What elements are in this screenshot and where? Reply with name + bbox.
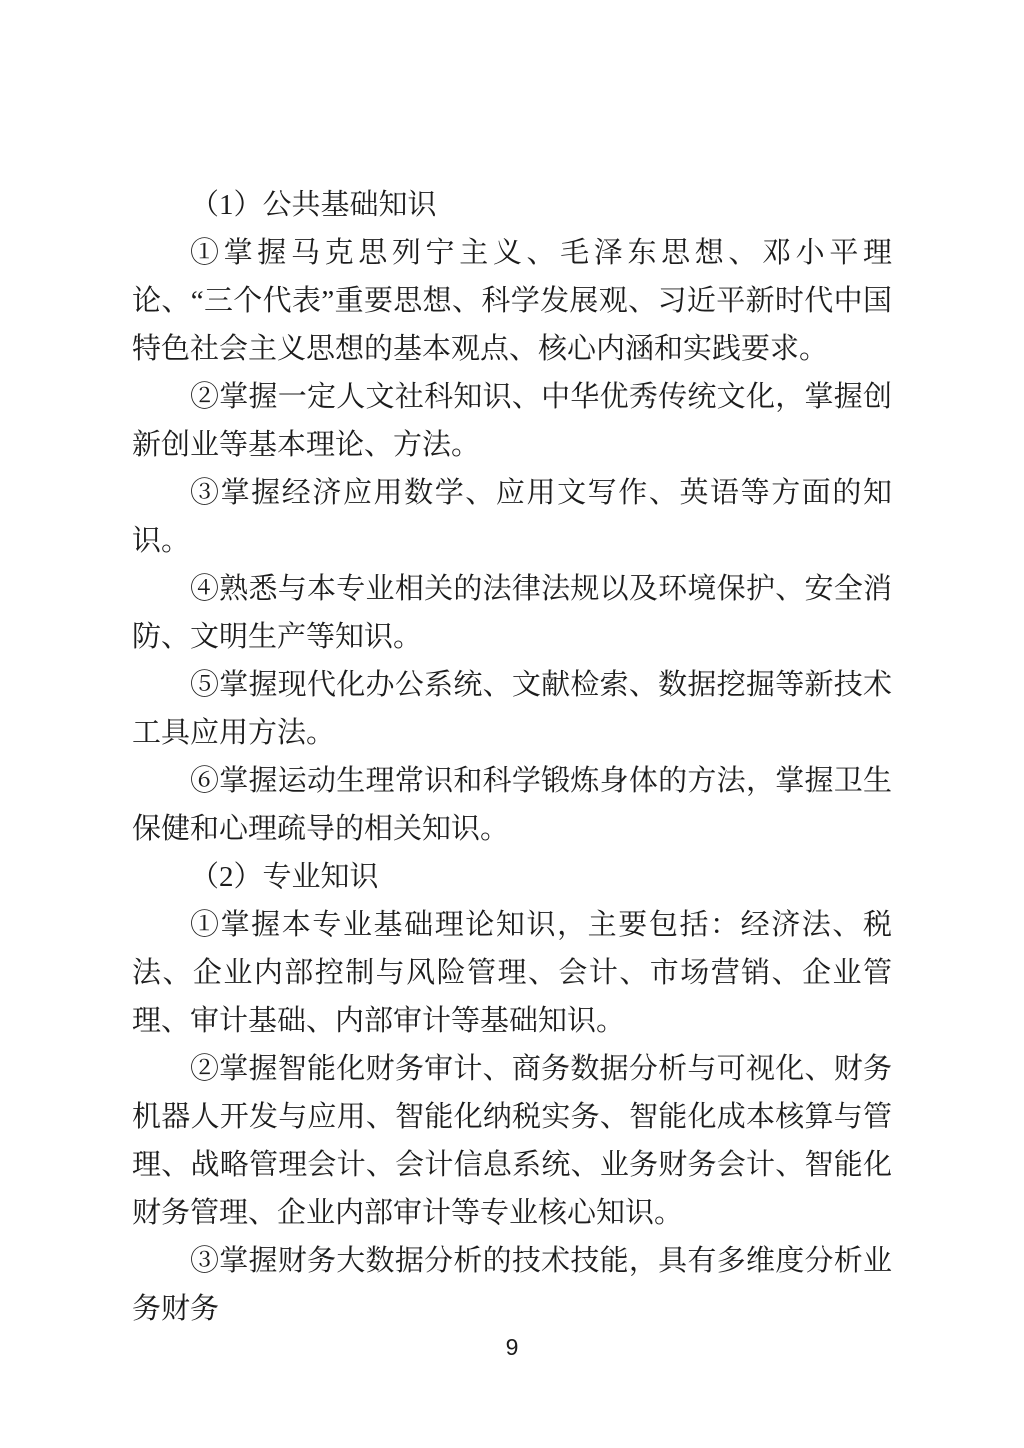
paragraph-item-2: ②掌握一定人文社科知识、中华优秀传统文化，掌握创新创业等基本理论、方法。 [132,373,892,469]
document-body: （1）公共基础知识 ①掌握马克思列宁主义、毛泽东思想、邓小平理论、“三个代表”重… [132,181,892,1333]
page-number: 9 [506,1334,519,1360]
paragraph-item-4: ④熟悉与本专业相关的法律法规以及环境保护、安全消防、文明生产等知识。 [132,565,892,661]
paragraph-item-3: ③掌握经济应用数学、应用文写作、英语等方面的知识。 [132,469,892,565]
paragraph-item-5: ⑤掌握现代化办公系统、文献检索、数据挖掘等新技术工具应用方法。 [132,661,892,757]
page-footer: 9 [0,1334,1024,1361]
document-page: （1）公共基础知识 ①掌握马克思列宁主义、毛泽东思想、邓小平理论、“三个代表”重… [0,0,1024,1448]
paragraph-item-6: ⑥掌握运动生理常识和科学锻炼身体的方法，掌握卫生保健和心理疏导的相关知识。 [132,757,892,853]
paragraph-item-1: ①掌握马克思列宁主义、毛泽东思想、邓小平理论、“三个代表”重要思想、科学发展观、… [132,229,892,373]
paragraph-item-9: ③掌握财务大数据分析的技术技能，具有多维度分析业务财务 [132,1237,892,1333]
section-heading-public-basic-knowledge: （1）公共基础知识 [132,181,892,229]
paragraph-item-8: ②掌握智能化财务审计、商务数据分析与可视化、财务机器人开发与应用、智能化纳税实务… [132,1045,892,1237]
section-heading-professional-knowledge: （2）专业知识 [132,853,892,901]
paragraph-item-7: ①掌握本专业基础理论知识，主要包括：经济法、税法、企业内部控制与风险管理、会计、… [132,901,892,1045]
